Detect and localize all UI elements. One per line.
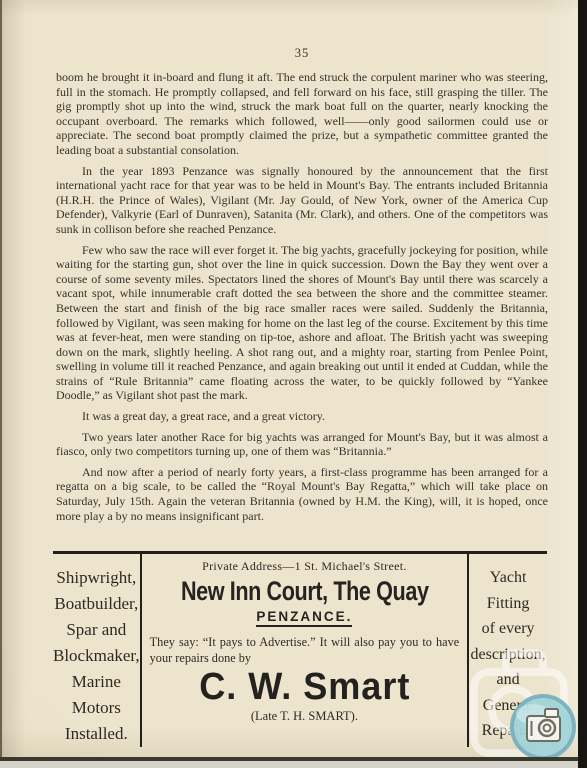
ad-proprietor-name: C. W. Smart — [157, 667, 451, 707]
right-scan-edge — [578, 0, 587, 768]
paragraph-6: And now after a period of nearly forty y… — [56, 465, 548, 523]
ad-tagline: They say: “It pays to Advertise.” It wil… — [150, 635, 460, 666]
ad-right-line: Yacht Fitting — [469, 565, 547, 616]
page-number: 35 — [56, 46, 548, 61]
ad-business-title: New Inn Court, The Quay — [181, 576, 429, 607]
ad-left-line: Shipwright, — [53, 565, 140, 591]
ad-private-address: Private Address—1 St. Michael's Street. — [150, 559, 460, 574]
ad-left-line: Blockmaker, — [53, 643, 140, 669]
left-scan-edge — [0, 0, 2, 768]
bottom-page-edge-line — [0, 757, 587, 761]
ad-city: PENZANCE. — [256, 609, 352, 627]
ad-left-line: Marine Motors — [53, 669, 140, 721]
ad-left-line: Spar and — [53, 617, 140, 643]
ad-left-column: Shipwright, Boatbuilder, Spar and Blockm… — [53, 554, 140, 747]
camera-watermark-icon — [466, 643, 576, 766]
ad-middle-column: Private Address—1 St. Michael's Street. … — [140, 554, 470, 747]
paragraph-1: boom he brought it in-board and flung it… — [56, 70, 548, 158]
ad-left-line: Boatbuilder, — [53, 591, 140, 617]
ad-left-line: Installed. — [53, 721, 140, 747]
paragraph-5: Two years later another Race for big yac… — [56, 430, 548, 459]
ad-late-note: (Late T. H. SMART). — [150, 709, 460, 724]
body-text: boom he brought it in-board and flung it… — [56, 70, 548, 529]
paragraph-2: In the year 1893 Penzance was signally h… — [56, 164, 548, 237]
scanned-book-page: 35 boom he brought it in-board and flung… — [0, 0, 587, 768]
ad-right-line: of every — [469, 616, 547, 642]
camera-badge-icon — [512, 696, 574, 758]
paragraph-4: It was a great day, a great race, and a … — [56, 409, 548, 424]
paragraph-3: Few who saw the race will ever forget it… — [56, 243, 548, 404]
